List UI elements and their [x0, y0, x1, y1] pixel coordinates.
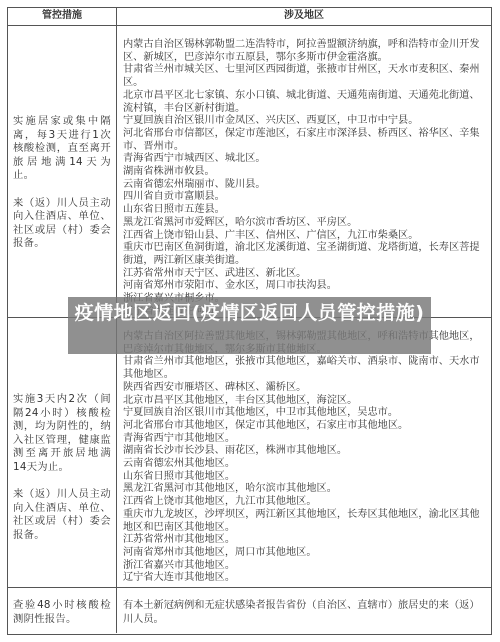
region-line: 黑龙江省黑河市爱辉区，哈尔滨市香坊区、平房区。 — [123, 217, 485, 230]
measure-paragraph: 实施3天内2次（间隔24小时）核酸检测，均为阴性的，纳入社区管理，健康监测至离开… — [13, 393, 111, 475]
regions-cell: 内蒙古自治区锡林郭勒盟二连浩特市，阿拉善盟额济纳旗，呼和浩特市金川开发区、新城区… — [117, 26, 491, 317]
measure-cell: 查验48小时核酸检测阴性报告。 — [8, 588, 117, 633]
region-line: 重庆市九龙坡区，沙坪坝区，两江新区其他地区，长寿区其他地区，渝北区其他地区和巴南… — [123, 509, 485, 534]
header-regions: 涉及地区 — [117, 8, 491, 25]
region-line: 甘肃省兰州市城关区、七里河区西园街道，张掖市甘州区，天水市麦积区、秦州区。 — [123, 64, 485, 89]
title-overlay-banner: 疫情地区返回(疫情区返回人员管控措施) — [68, 297, 431, 354]
region-line: 青海省西宁市城西区、城北区。 — [123, 153, 485, 166]
regions-text: 有本土新冠病例和无症状感染者报告省份（自治区、直辖市）旅居史的来（返）川人员。 — [123, 599, 485, 626]
region-line: 宁夏回族自治区银川市金凤区、兴庆区、西夏区，中卫市中宁县。 — [123, 115, 485, 128]
measure-paragraph: 实施居家或集中隔离，每3天进行1次核酸检测，直至离开旅居地满14天为止。 — [13, 115, 111, 183]
table-row: 实施居家或集中隔离，每3天进行1次核酸检测，直至离开旅居地满14天为止。 来（返… — [8, 25, 491, 317]
region-line: 北京市昌平区其他地区，丰台区其他地区，海淀区。 — [123, 395, 485, 408]
region-line: 湖南省长沙市长沙县、雨花区，株洲市其他地区。 — [123, 445, 485, 458]
table-row: 查验48小时核酸检测阴性报告。 有本土新冠病例和无症状感染者报告省份（自治区、直… — [8, 587, 491, 633]
regions-cell: 内蒙古自治区阿拉善盟其他地区，锡林郭勒盟其他地区，呼和浩特市其他地区，巴彦淖尔市… — [117, 318, 491, 587]
region-line: 宁夏回族自治区银川市其他地区，中卫市其他地区，吴忠市。 — [123, 407, 485, 420]
region-line: 甘肃省兰州市其他地区，张掖市其他地区，嘉峪关市、酒泉市、陇南市、天水市其他地区。 — [123, 356, 485, 381]
region-line: 山东省日照市五莲县。 — [123, 204, 485, 217]
region-line: 江苏省常州市其他地区。 — [123, 534, 485, 547]
measure-text: 实施居家或集中隔离，每3天进行1次核酸检测，直至离开旅居地满14天为止。 来（返… — [13, 115, 111, 251]
table-row: 实施3天内2次（间隔24小时）核酸检测，均为阴性的，纳入社区管理，健康监测至离开… — [8, 317, 491, 587]
regions-text: 内蒙古自治区阿拉善盟其他地区，锡林郭勒盟其他地区，呼和浩特市其他地区，巴彦淖尔市… — [123, 331, 485, 585]
region-line: 重庆市巴南区鱼洞街道，渝北区龙溪街道、宝圣湖街道、龙塔街道，长寿区菩提街道，两江… — [123, 242, 485, 267]
region-line: 河北省邢台市信都区，保定市莲池区，石家庄市深泽县、桥西区、裕华区、辛集市、晋州市… — [123, 128, 485, 153]
region-line: 河南省郑州市其他地区，周口市其他地区。 — [123, 547, 485, 560]
measure-paragraph: 来（返）川人员主动向入住酒店、单位、社区或居（村）委会报备。 — [13, 197, 111, 251]
regions-cell: 有本土新冠病例和无症状感染者报告省份（自治区、直辖市）旅居史的来（返）川人员。 — [117, 588, 491, 633]
region-line: 北京市昌平区北七家镇、东小口镇、城北街道、天通苑南街道、天通苑北街道、流村镇，丰… — [123, 90, 485, 115]
region-line: 四川省自贡市富顺县。 — [123, 191, 485, 204]
region-line: 青海省西宁市其他地区。 — [123, 433, 485, 446]
measure-text: 查验48小时核酸检测阴性报告。 — [13, 599, 111, 626]
table-header-row: 管控措施 涉及地区 — [8, 8, 491, 25]
region-line: 云南省德宏州瑞丽市、陇川县。 — [123, 179, 485, 192]
region-line: 湖南省株洲市攸县。 — [123, 166, 485, 179]
region-line: 云南省德宏州其他地区。 — [123, 458, 485, 471]
region-line: 有本土新冠病例和无症状感染者报告省份（自治区、直辖市）旅居史的来（返）川人员。 — [123, 599, 485, 626]
region-line: 辽宁省大连市其他地区。 — [123, 572, 485, 585]
measure-text: 实施3天内2次（间隔24小时）核酸检测，均为阴性的，纳入社区管理，健康监测至离开… — [13, 393, 111, 543]
measure-paragraph: 来（返）川人员主动向入住酒店、单位、社区或居（村）委会报备。 — [13, 488, 111, 542]
region-line: 浙江省嘉兴市其他地区。 — [123, 560, 485, 573]
region-line: 黑龙江省黑河市其他地区，哈尔滨市其他地区。 — [123, 483, 485, 496]
measure-paragraph: 查验48小时核酸检测阴性报告。 — [13, 599, 111, 626]
region-line: 江苏省常州市天宁区、武进区、新北区。 — [123, 268, 485, 281]
region-line: 江西省上饶市铅山县、广丰区、信州区、广信区，九江市柴桑区。 — [123, 230, 485, 243]
region-line: 陕西省西安市雁塔区、碑林区、灞桥区。 — [123, 382, 485, 395]
regions-text: 内蒙古自治区锡林郭勒盟二连浩特市，阿拉善盟额济纳旗，呼和浩特市金川开发区、新城区… — [123, 39, 485, 318]
region-line: 江西省上饶市其他地区，九江市其他地区。 — [123, 496, 485, 509]
measure-cell: 实施居家或集中隔离，每3天进行1次核酸检测，直至离开旅居地满14天为止。 来（返… — [8, 26, 117, 317]
region-line: 山东省日照市其他地区。 — [123, 471, 485, 484]
region-line: 河北省邢台市其他地区，保定市其他地区，石家庄市其他地区。 — [123, 420, 485, 433]
region-line: 河南省郑州市荥阳市、金水区，周口市扶沟县。 — [123, 280, 485, 293]
measure-cell: 实施3天内2次（间隔24小时）核酸检测，均为阴性的，纳入社区管理，健康监测至离开… — [8, 318, 117, 587]
region-line: 内蒙古自治区锡林郭勒盟二连浩特市，阿拉善盟额济纳旗，呼和浩特市金川开发区、新城区… — [123, 39, 485, 64]
header-measures: 管控措施 — [8, 8, 117, 25]
